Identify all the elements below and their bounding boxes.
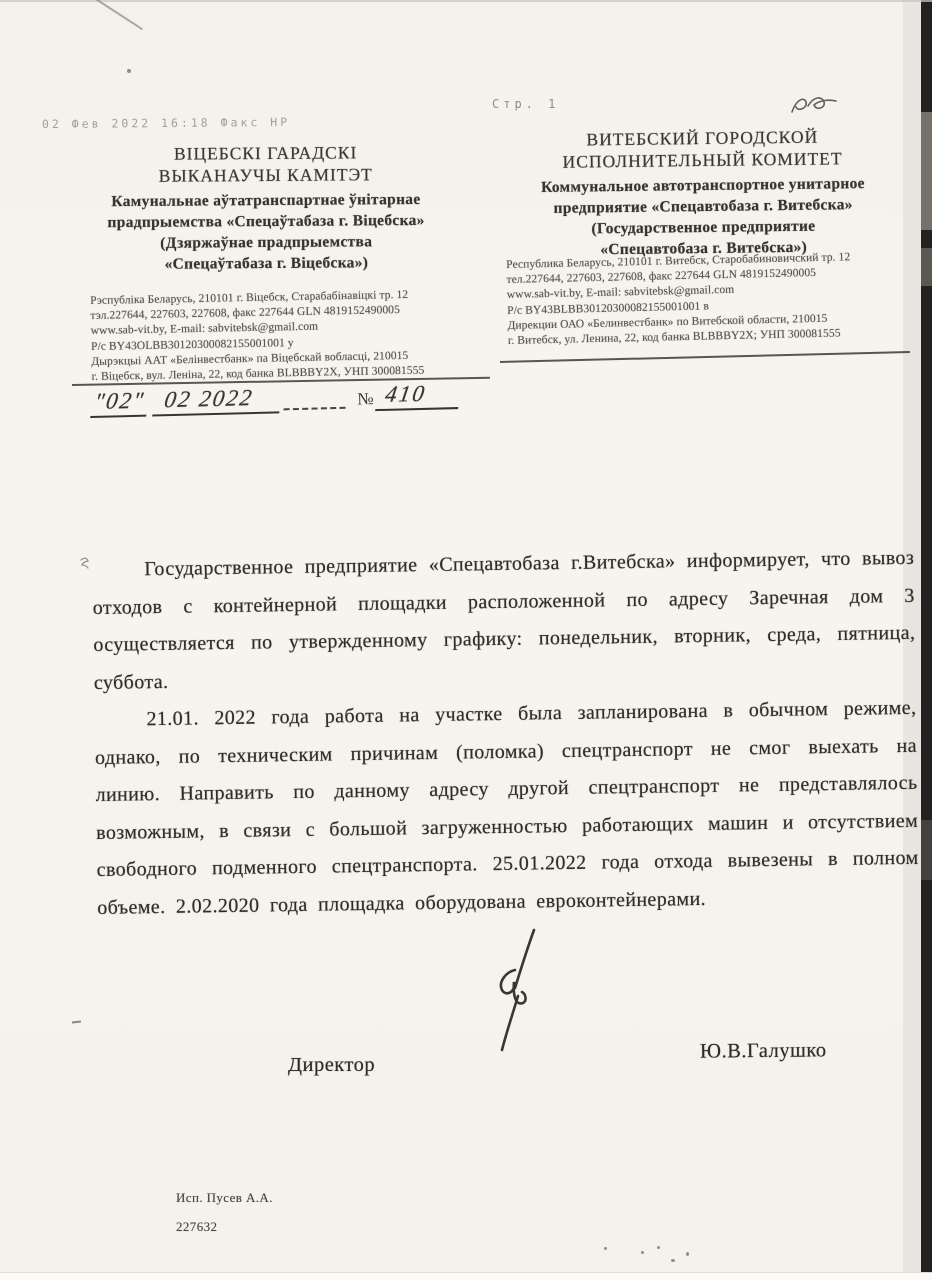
letterhead-left: ВІЦЕБСКІ ГАРАДСКІ ВЫКАНАУЧЫ КАМІТЭТ Каму… (50, 140, 483, 275)
org-name-line: «Спецаўтабаза г. Віцебска») (50, 251, 482, 275)
letter-body: Государственное предприятие «Спецавтобаз… (92, 540, 919, 927)
scan-speck (657, 1246, 660, 1249)
body-paragraph: 21.01. 2022 года работа на участке была … (94, 690, 919, 927)
body-paragraph: Государственное предприятие «Спецавтобаз… (92, 540, 916, 702)
org-name-line: Камунальнае аўтатранспартнае ўнітарнае (50, 188, 482, 212)
handwritten-date-rest: 02 2022 (152, 384, 283, 416)
signature-ink (478, 926, 550, 1056)
letterhead-right-address: Республика Беларусь, 210101 г. Витебск, … (506, 249, 920, 350)
signer-name: Ю.В.Галушко (700, 1039, 827, 1063)
scan-speck (604, 1247, 607, 1250)
org-name-line: ИСПОЛНИТЕЛЬНЫЙ КОМИТЕТ (487, 146, 917, 173)
scan-top-edge (0, 0, 932, 2)
scanner-edge-patch (921, 112, 932, 230)
org-name-line: ВЫКАНАУЧЫ КАМІТЭТ (50, 162, 482, 187)
letterhead-divider-right (500, 351, 910, 363)
fax-page-number: Стр. 1 (492, 97, 559, 111)
executor-name: Исп. Пусев А.А. (176, 1190, 273, 1206)
scanner-edge-patch (921, 248, 932, 286)
scan-dash-mark (72, 1021, 81, 1024)
scanner-edge-patch (921, 820, 932, 880)
signer-position: Директор (288, 1054, 375, 1077)
fax-header-line: 02 Фев 2022 16:18 Факс НР (42, 115, 290, 131)
letterhead-left-address: Рэспубліка Беларусь, 210101 г. Віцебск, … (90, 286, 494, 385)
scan-speck (671, 1259, 675, 1262)
handwritten-outgoing-number: 410 (375, 380, 462, 411)
executor-block: Исп. Пусев А.А. 227632 (176, 1190, 273, 1248)
org-name-line: (Дзяржаўнае прадпрыемства (50, 230, 482, 254)
scan-bottom-edge (0, 1272, 932, 1280)
letterhead-right: ВИТЕБСКИЙ ГОРОДСКОЙ ИСПОЛНИТЕЛЬНЫЙ КОМИТ… (487, 124, 919, 261)
handwritten-date-day: "02" (90, 388, 151, 418)
executor-phone: 227632 (176, 1219, 273, 1235)
handwritten-flourish (788, 92, 840, 122)
scan-speck (686, 1252, 689, 1256)
scan-speck (127, 69, 131, 73)
reference-dashed-gap (284, 406, 346, 411)
org-name-line: ВІЦЕБСКІ ГАРАДСКІ (50, 140, 482, 165)
scan-speck (641, 1251, 644, 1254)
number-sign: № (351, 389, 378, 412)
stray-toner-mark (78, 556, 90, 570)
org-name-line: прадпрыемства «Спецаўтабаза г. Віцебска» (50, 209, 482, 233)
scanner-edge-dark (921, 0, 932, 1280)
paper-crease (95, 0, 143, 30)
